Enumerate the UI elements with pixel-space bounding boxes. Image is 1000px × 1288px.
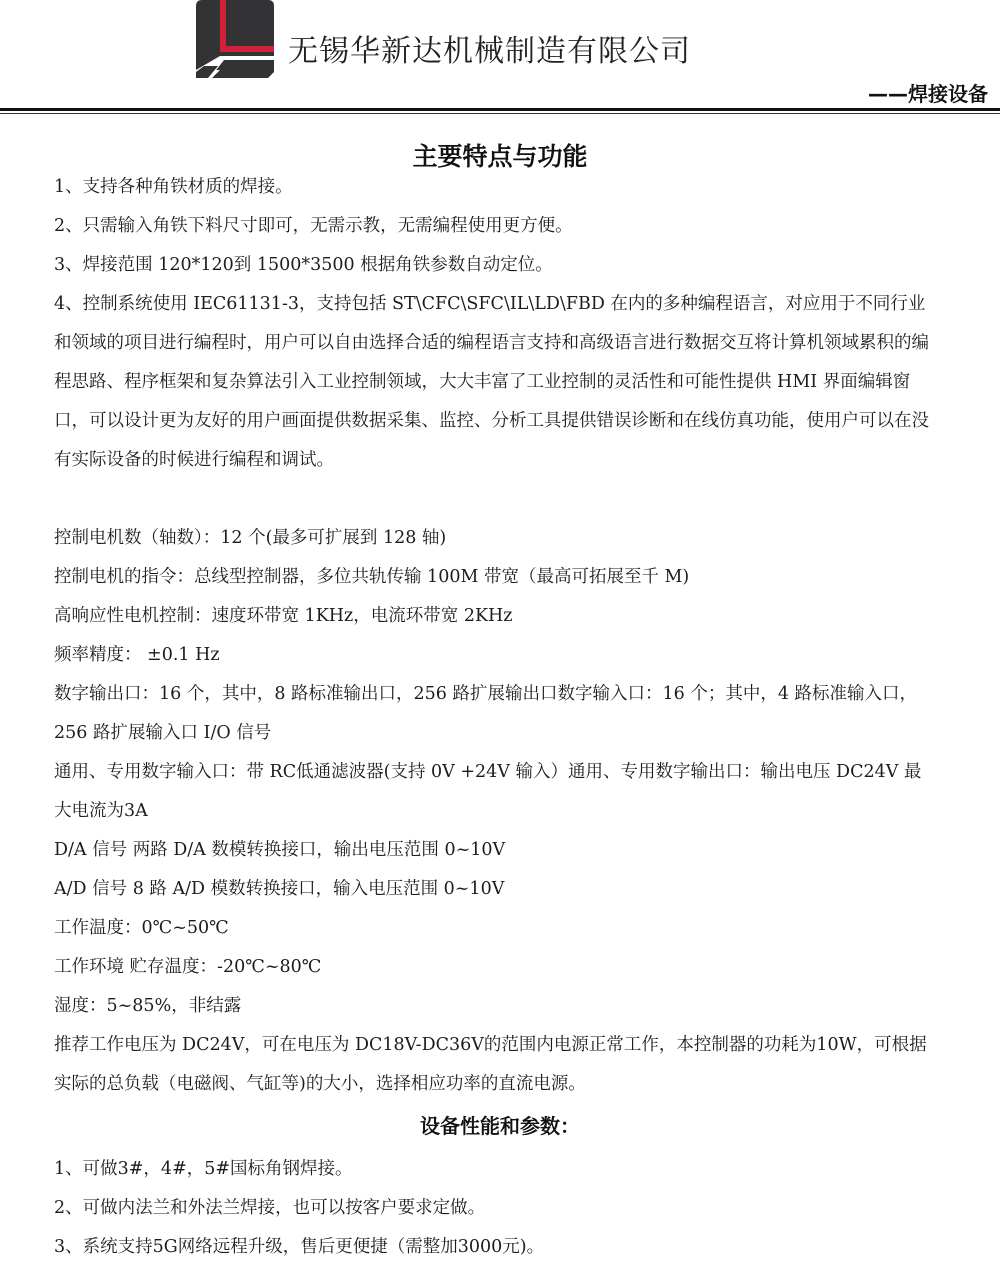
performance-item-2: 2、可做内法兰和外法兰焊接，也可以按客户要求定做。 [54,1189,936,1228]
feature-item-2: 2、只需输入角铁下料尺寸即可，无需示教，无需编程使用更方便。 [54,207,936,246]
spec-motor-response: 高响应性电机控制：速度环带宽 1KHz，电流环带宽 2KHz [54,597,936,636]
spec-da: D/A 信号 两路 D/A 数模转换接口，输出电压范围 0~10V [54,831,936,870]
spec-general-io: 通用、专用数字输入口：带 RC低通滤波器(支持 0V +24V 输入）通用、专用… [54,753,936,831]
document-header: 无锡华新达机械制造有限公司 ——焊接设备 [0,0,1000,110]
spec-storage-temp: 工作环境 贮存温度：-20℃~80℃ [54,948,936,987]
spec-operating-temp: 工作温度：0℃~50℃ [54,909,936,948]
spec-frequency: 频率精度： ±0.1 Hz [54,636,936,675]
feature-item-4: 4、控制系统使用 IEC61131-3，支持包括 ST\CFC\SFC\IL\L… [54,285,936,480]
company-logo-icon [196,0,274,78]
product-tagline: ——焊接设备 [868,78,988,107]
feature-item-3: 3、焊接范围 120*120到 1500*3500 根据角铁参数自动定位。 [54,246,936,285]
spec-motor-command: 控制电机的指令：总线型控制器，多位共轨传输 100M 带宽（最高可拓展至千 M) [54,558,936,597]
spec-power: 推荐工作电压为 DC24V，可在电压为 DC18V-DC36V的范围内电源正常工… [54,1026,936,1104]
section-title-performance: 设备性能和参数： [0,1110,1000,1139]
header-divider [0,108,1000,114]
spec-digital-io: 数字输出口：16 个，其中，8 路标准输出口，256 路扩展输出口数字输入口：1… [54,675,936,753]
spec-axes: 控制电机数（轴数）：12 个(最多可扩展到 128 轴) [54,519,936,558]
spec-humidity: 湿度：5~85%，非结露 [54,987,936,1026]
company-name: 无锡华新达机械制造有限公司 [288,26,691,70]
spec-ad: A/D 信号 8 路 A/D 模数转换接口，输入电压范围 0~10V [54,870,936,909]
feature-item-1: 1、支持各种角铁材质的焊接。 [54,168,936,207]
performance-item-3: 3、系统支持5G网络远程升级，售后更便捷（需整加3000元)。 [54,1228,936,1267]
performance-item-1: 1、可做3#，4#，5#国标角钢焊接。 [54,1150,936,1189]
